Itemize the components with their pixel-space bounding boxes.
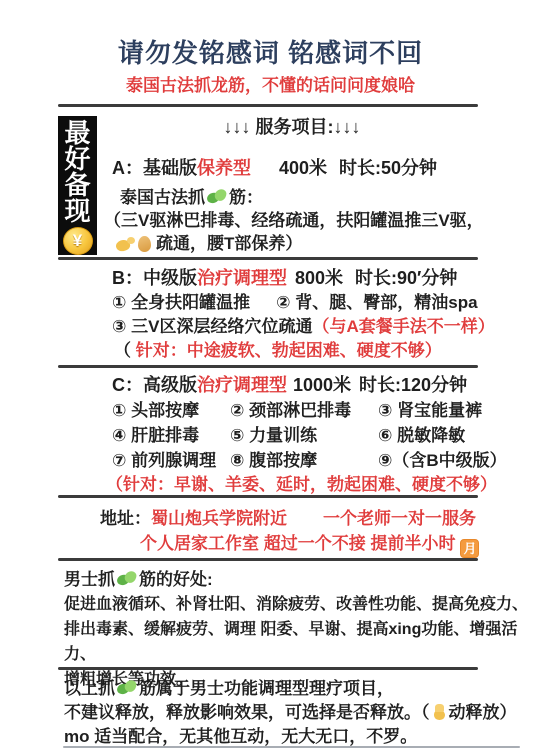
benefits-title: 男士抓筋的好处: xyxy=(64,568,529,592)
address-label: 地址： xyxy=(100,509,151,528)
banner-char: 好 xyxy=(64,146,90,172)
month-icon: 月 xyxy=(460,539,479,558)
address-row2: 个人居家工作室 超过一个不接 提前半小时月 xyxy=(100,531,541,558)
plan-b-highlight: 治疗调理型 xyxy=(197,268,287,288)
benefits-line: 排出毒素、缓解疲劳、调理 阳委、早谢、提高xing功能、增强活力、 xyxy=(64,617,529,667)
plan-c-highlight: 治疗调理型 xyxy=(197,375,287,395)
banner-char: 备 xyxy=(64,172,90,198)
benefits-line: 促进血液循环、补肾壮阳、消除疲劳、改善性功能、提高免疫力、 xyxy=(64,592,529,617)
address-section: 地址：蜀山炮兵学院附近一个老师一对一服务 个人居家工作室 超过一个不接 提前半小… xyxy=(0,498,541,558)
plan-item: ⑨（含B中级版） xyxy=(378,448,526,473)
plan-b-title: B：中级版治疗调理型 xyxy=(112,266,287,291)
plan-item: ② 颈部淋巴排毒 xyxy=(230,398,370,423)
plan-target: 针对：中途疲软、勃起困难、硬度不够） xyxy=(136,341,442,360)
plan-item: ⑥ 脱敏降敏 xyxy=(378,423,526,448)
flyer-page: 请勿发铭感词 铭感词不回 泰国古法抓龙筋，不懂的话问问度娘哈 最 好 备 现 ¥… xyxy=(0,0,541,751)
plan-c-items-grid: ① 头部按摩 ② 颈部淋巴排毒 ③ 肾宝能量裤 ④ 肝脏排毒 ⑤ 力量训练 ⑥ … xyxy=(112,398,526,473)
plan-a-line: 疏通，腰T部保养） xyxy=(112,232,526,255)
plan-b-price: 800米 xyxy=(295,266,343,291)
plan-c-duration: 时长:120分钟 xyxy=(359,373,467,398)
benefits-title-text: 男士抓 xyxy=(64,570,115,589)
benefits-section: 男士抓筋的好处: 促进血液循环、补肾壮阳、消除疲劳、改善性功能、提高免疫力、 排… xyxy=(0,561,541,667)
raised-hand-icon xyxy=(432,704,447,720)
plan-b-section: B：中级版治疗调理型 800米 时长:90′分钟 ① 全身扶阳罐温推② 背、腿、… xyxy=(0,260,541,365)
plan-item: ① 头部按摩 xyxy=(112,398,222,423)
footer-text: 动释放） xyxy=(449,703,517,722)
dragon-icon xyxy=(207,189,227,204)
plan-c-price: 1000米 xyxy=(293,373,351,398)
plan-c-title-row: C：高级版治疗调理型 1000米 时长:120分钟 xyxy=(112,373,526,398)
footer-section: 以上抓筋属于男士功能调理型理疗项目， 不建议释放，释放影响效果，可选择是否释放。… xyxy=(0,670,541,746)
plan-item: ⑤ 力量训练 xyxy=(230,423,370,448)
plan-item-note: （与A套餐手法不一样） xyxy=(312,317,494,336)
address-service-note: 一个老师一对一服务 xyxy=(323,509,476,528)
plan-item: ④ 肝脏排毒 xyxy=(112,423,222,448)
benefits-title-text: 筋的好处: xyxy=(139,570,213,589)
plan-b-title-row: B：中级版治疗调理型 800米 时长:90′分钟 xyxy=(112,266,526,291)
plan-c-title: C：高级版治疗调理型 xyxy=(112,373,287,398)
plan-a-line-text: 筋： xyxy=(229,188,263,207)
plan-item: ⑦ 前列腺调理 xyxy=(112,448,222,473)
plan-b-prefix: B：中级版 xyxy=(112,268,197,288)
plan-a-line-text: 疏通，腰T部保养） xyxy=(156,234,302,253)
banner-char: 现 xyxy=(64,198,90,224)
plan-a-prefix: A：基础版 xyxy=(112,158,197,178)
footer-text: 筋属于男士功能调理型理疗项目， xyxy=(139,679,394,698)
plan-a-duration: 时长:50分钟 xyxy=(339,156,437,180)
address-place: 蜀山炮兵学院附近 xyxy=(151,509,287,528)
dragon-icon xyxy=(117,571,137,586)
plan-c-prefix: C：高级版 xyxy=(112,375,197,395)
services-header: ↓↓↓ 服务项目:↓↓↓ xyxy=(112,115,472,139)
plan-item: ⑧ 腹部按摩 xyxy=(230,448,370,473)
plan-a-line-text: 泰国古法抓 xyxy=(120,188,205,207)
plan-b-item3-row: ③ 三V区深层经络穴位疏通（与A套餐手法不一样） xyxy=(112,315,526,339)
footer-text: 以上抓 xyxy=(64,679,115,698)
paren: （ xyxy=(114,341,136,360)
address-note: 个人居家工作室 超过一个不接 提前半小时 xyxy=(140,534,455,553)
ribbon-banner: 最 好 备 现 ¥ xyxy=(58,116,97,255)
plan-b-target-row: （ 针对：中途疲软、勃起困难、硬度不够） xyxy=(112,339,526,363)
egg-icon xyxy=(138,236,151,252)
plan-a-title: A：基础版保养型 xyxy=(112,156,251,180)
plan-item: ③ 三V区深层经络穴位疏通 xyxy=(112,317,312,336)
banner-char: 最 xyxy=(64,120,90,146)
coin-icon: ¥ xyxy=(63,227,93,255)
plan-a-line: （三V驱淋巴排毒、经络疏通，扶阳罐温推三V驱， xyxy=(104,209,526,232)
footer-text: 不建议释放，释放影响效果，可选择是否释放。（ xyxy=(64,703,430,722)
header: 请勿发铭感词 铭感词不回 泰国古法抓龙筋，不懂的话问问度娘哈 xyxy=(0,0,541,96)
plan-c-target-row: （针对：早谢、羊委、延时，勃起困难、硬度不够） xyxy=(106,473,526,496)
footer-line: 以上抓筋属于男士功能调理型理疗项目， xyxy=(64,677,529,701)
pinch-hand-icon xyxy=(116,237,135,251)
plan-item: ③ 肾宝能量裤 xyxy=(378,398,526,423)
plan-b-duration: 时长:90′分钟 xyxy=(355,266,457,291)
page-subtitle: 泰国古法抓龙筋，不懂的话问问度娘哈 xyxy=(0,75,541,96)
plan-item: ② 背、腿、臀部，精油spa xyxy=(276,293,477,312)
page-title: 请勿发铭感词 铭感词不回 xyxy=(0,38,541,68)
plan-a-price: 400米 xyxy=(279,156,327,180)
plan-a-highlight: 保养型 xyxy=(197,158,251,178)
footer-line: 不建议释放，释放影响效果，可选择是否释放。（动释放） xyxy=(64,701,529,725)
plan-a-title-row: A：基础版保养型 400米 时长:50分钟 xyxy=(112,156,526,180)
plan-c-section: C：高级版治疗调理型 1000米 时长:120分钟 ① 头部按摩 ② 颈部淋巴排… xyxy=(0,368,541,495)
plan-b-items-row: ① 全身扶阳罐温推② 背、腿、臀部，精油spa xyxy=(112,291,526,315)
address-row: 地址：蜀山炮兵学院附近一个老师一对一服务 xyxy=(100,506,541,531)
plan-a-line: 泰国古法抓筋： xyxy=(112,186,526,209)
plan-item: ① 全身扶阳罐温推 xyxy=(112,293,250,312)
dragon-icon xyxy=(117,680,137,695)
